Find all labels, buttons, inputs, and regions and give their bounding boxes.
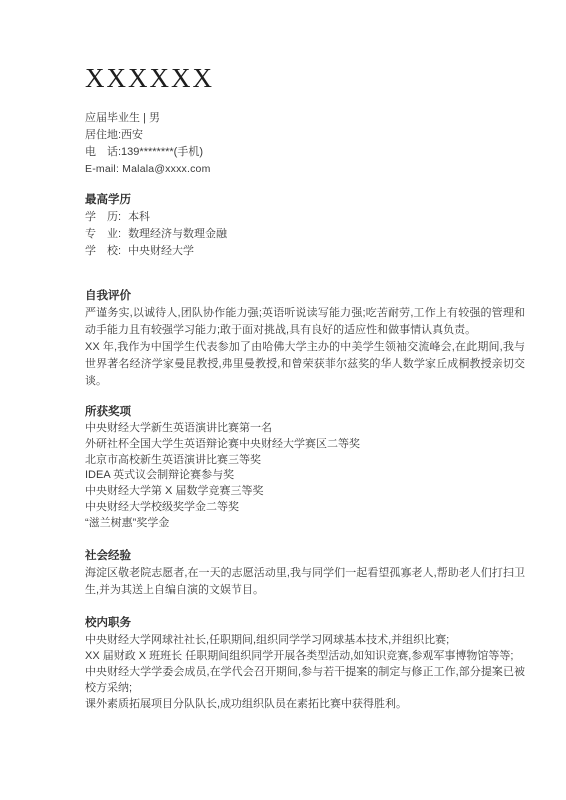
profile-section: 应届毕业生 | 男 居住地:西安 电 话:139********(手机) E-m… (85, 110, 525, 178)
award-item: 中央财经大学新生英语演讲比赛第一名 (85, 421, 525, 437)
campus-position-item: XX 届财政 X 班班长 任职期间组织同学开展各类型活动,如知识竞赛,参观军事博… (85, 648, 525, 664)
award-item: “滋兰树惠”奖学金 (85, 516, 525, 532)
profile-status-gender: 应届毕业生 | 男 (85, 110, 525, 127)
self-evaluation-heading: 自我评价 (85, 288, 525, 305)
education-heading: 最高学历 (85, 192, 525, 209)
award-item: 外研社杯全国大学生英语辩论赛中央财经大学赛区二等奖 (85, 437, 525, 453)
award-item: 北京市高校新生英语演讲比赛三等奖 (85, 453, 525, 469)
education-row-degree: 学 历:本科 (85, 209, 525, 226)
education-school-label: 学 校: (85, 243, 121, 260)
profile-phone: 电 话:139********(手机) (85, 144, 525, 161)
profile-email: E-mail: Malala@xxxx.com (85, 161, 525, 178)
education-section: 最高学历 学 历:本科 专 业:数理经济与数理金融 学 校:中央财经大学 (85, 192, 525, 260)
social-experience-heading: 社会经验 (85, 548, 525, 565)
education-major-value: 数理经济与数理金融 (128, 228, 227, 240)
campus-positions-heading: 校内职务 (85, 615, 525, 632)
award-item: 中央财经大学第 X 届数学竞赛三等奖 (85, 484, 525, 500)
resume-page: XXXXXX 应届毕业生 | 男 居住地:西安 电 话:139********(… (0, 0, 566, 800)
education-row-school: 学 校:中央财经大学 (85, 243, 525, 260)
campus-positions-section: 校内职务 中央财经大学网球社社长,任职期间,组织同学学习网球基本技术,并组织比赛… (85, 615, 525, 713)
award-item: IDEA 英式议会制辩论赛参与奖 (85, 468, 525, 484)
education-degree-value: 本科 (128, 211, 150, 223)
social-experience-section: 社会经验 海淀区敬老院志愿者,在一天的志愿活动里,我与同学们一起看望孤寡老人,帮… (85, 548, 525, 599)
campus-position-item: 课外素质拓展项目分队队长,成功组织队员在素拓比赛中获得胜利。 (85, 696, 525, 712)
education-degree-label: 学 历: (85, 209, 121, 226)
campus-position-item: 中央财经大学网球社社长,任职期间,组织同学学习网球基本技术,并组织比赛; (85, 632, 525, 648)
education-major-label: 专 业: (85, 226, 121, 243)
award-item: 中央财经大学校级奖学金二等奖 (85, 500, 525, 516)
self-evaluation-paragraph: XX 年,我作为中国学生代表参加了由哈佛大学主办的中美学生领袖交流峰会,在此期间… (85, 339, 525, 390)
profile-residence: 居住地:西安 (85, 127, 525, 144)
self-evaluation-section: 自我评价 严谨务实,以诚待人,团队协作能力强;英语听说读写能力强;吃苦耐劳,工作… (85, 288, 525, 390)
awards-heading: 所获奖项 (85, 404, 525, 421)
campus-position-item: 中央财经大学学委会成员,在学代会召开期间,参与若干提案的制定与修正工作,部分提案… (85, 664, 525, 696)
page-title: XXXXXX (85, 62, 525, 94)
education-school-value: 中央财经大学 (128, 245, 194, 257)
education-row-major: 专 业:数理经济与数理金融 (85, 226, 525, 243)
social-experience-paragraph: 海淀区敬老院志愿者,在一天的志愿活动里,我与同学们一起看望孤寡老人,帮助老人们打… (85, 565, 525, 599)
awards-section: 所获奖项 中央财经大学新生英语演讲比赛第一名 外研社杯全国大学生英语辩论赛中央财… (85, 404, 525, 532)
self-evaluation-paragraph: 严谨务实,以诚待人,团队协作能力强;英语听说读写能力强;吃苦耐劳,工作上有较强的… (85, 305, 525, 339)
